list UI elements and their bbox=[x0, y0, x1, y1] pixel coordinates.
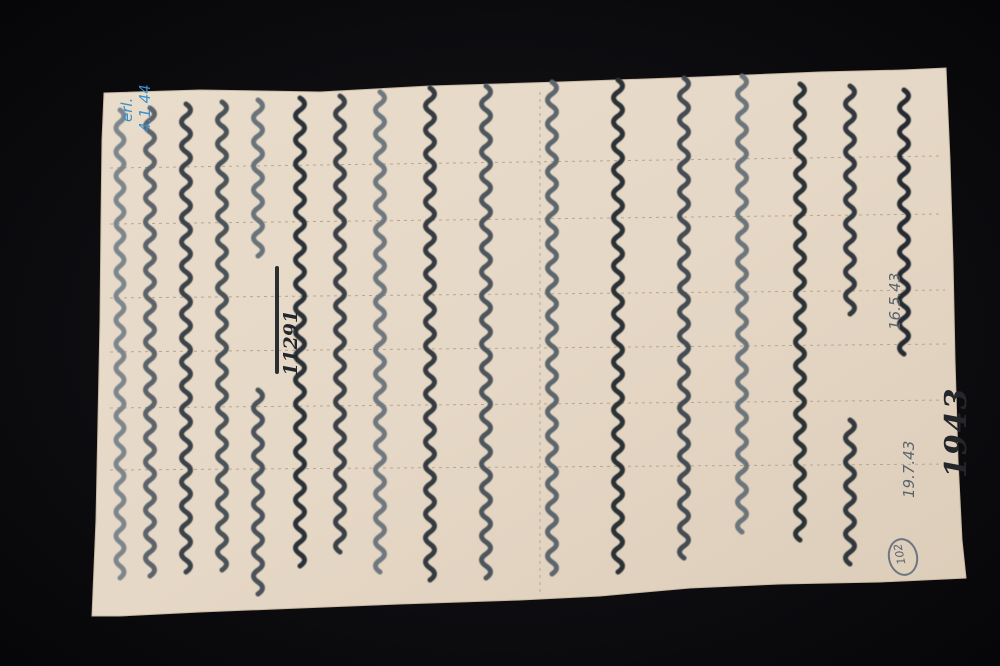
annotation-date: 4.1.44 bbox=[138, 84, 153, 132]
date-note-1: 16.5.43 bbox=[888, 273, 903, 330]
archive-number: 102 bbox=[891, 542, 908, 565]
reference-number: 11291 bbox=[282, 310, 301, 376]
header-year: 1943 bbox=[942, 387, 972, 479]
reference-underline bbox=[275, 266, 279, 374]
annotation-label: erl. bbox=[120, 98, 135, 122]
postcard: 1943 16.5.43 19.7.43 erl. 4.1.44 102 112… bbox=[0, 0, 1000, 666]
date-note-2: 19.7.43 bbox=[902, 441, 917, 498]
